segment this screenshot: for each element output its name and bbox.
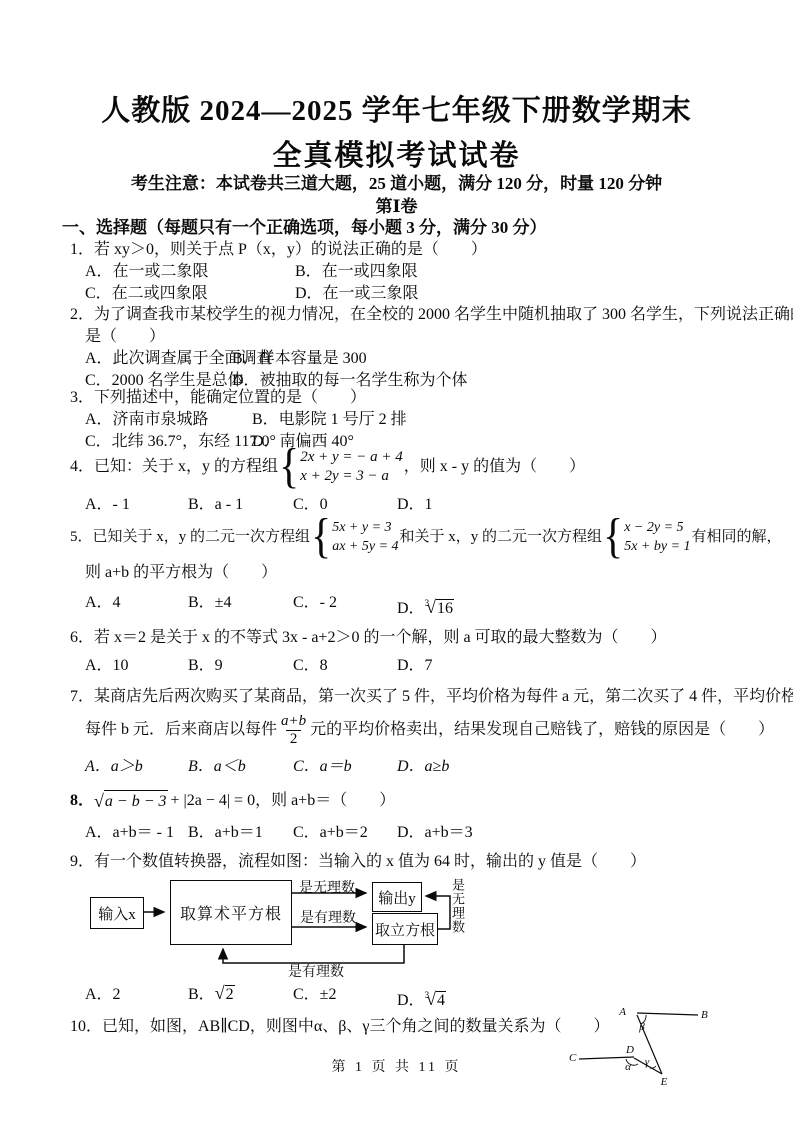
question-1-option-a: A．在一或二象限 bbox=[85, 261, 209, 283]
question-1-option-d: D．在一或三象限 bbox=[295, 283, 419, 305]
exam-paper-page: 人教版 2024—2025 学年七年级下册数学期末 全真模拟考试试卷 考生注意：… bbox=[0, 0, 793, 1122]
question-5-option-b: B．±4 bbox=[188, 592, 231, 614]
system-brace: { bbox=[311, 513, 331, 561]
question-2-option-b: B．样本容量是 300 bbox=[232, 348, 367, 370]
question-8-stem: 8． √a − b − 3 + |2a − 4| = 0，则 a+b＝（ ） bbox=[70, 788, 740, 814]
radicand: 4 bbox=[436, 991, 446, 1009]
question-1-stem: 1．若 xy＞0，则关于点 P（x，y）的说法正确的是（ ） bbox=[70, 239, 740, 261]
question-5-option-c: C．- 2 bbox=[293, 592, 337, 614]
question-4: 4．已知：关于 x，y 的方程组 { 2x + y = − a + 4 x + … bbox=[70, 446, 740, 516]
question-5-stem-mid: 和关于 x，y 的二元一次方程组 bbox=[400, 526, 603, 548]
question-5-option-d: D．3√16 bbox=[397, 592, 454, 620]
question-2: 2．为了调查我市某校学生的视力情况，在全校的 2000 名学生中随机抽取了 30… bbox=[70, 304, 740, 392]
radicand: a − b − 3 bbox=[104, 790, 168, 813]
question-4-stem-pre: 4．已知：关于 x，y 的方程组 bbox=[70, 456, 278, 478]
question-7-line2-post: 元的平均价格卖出，结果发现自己赔钱了，赔钱的原因是（ ） bbox=[310, 719, 774, 741]
flow-cube-root-box: 取立方根 bbox=[372, 913, 438, 945]
question-8-stem-post: + |2a − 4| = 0，则 a+b＝（ ） bbox=[171, 790, 396, 812]
question-8-option-c: C．a+b＝2 bbox=[293, 822, 368, 844]
question-9: 9．有一个数值转换器，流程如图：当输入的 x 值为 64 时，输出的 y 值是（… bbox=[70, 851, 740, 873]
question-7-stem-line1: 7．某商店先后两次购买了某商品，第一次买了 5 件，平均价格为每件 a 元，第二… bbox=[70, 686, 740, 708]
flow-label-rational-mid: 是有理数 bbox=[300, 907, 356, 927]
fraction-numerator: a+b bbox=[281, 713, 306, 730]
radical-sign: √ bbox=[426, 597, 436, 617]
system-brace: { bbox=[279, 443, 299, 491]
figure-label-A: A bbox=[618, 1006, 626, 1018]
question-3: 3．下列描述中，能确定位置的是（ ） A．济南市泉城路 B．电影院 1 号厅 2… bbox=[70, 387, 740, 453]
question-4-eq1: 2x + y = − a + 4 bbox=[300, 448, 403, 467]
question-1-option-c: C．在二或四象限 bbox=[85, 283, 208, 305]
question-1: 1．若 xy＞0，则关于点 P（x，y）的说法正确的是（ ） A．在一或二象限 … bbox=[70, 239, 740, 305]
figure-label-D: D bbox=[625, 1044, 634, 1056]
question-1-option-b: B．在一或四象限 bbox=[295, 261, 418, 283]
question-5-sys2-eq1: x − 2y = 5 bbox=[624, 518, 690, 537]
question-4-stem: 4．已知：关于 x，y 的方程组 { 2x + y = − a + 4 x + … bbox=[70, 446, 740, 488]
question-4-option-d: D．1 bbox=[397, 494, 433, 516]
candidate-notice: 考生注意：本试卷共三道大题，25 道小题，满分 120 分，时量 120 分钟 bbox=[0, 169, 793, 194]
page-footer: 第 1 页 共 11 页 bbox=[0, 1056, 793, 1076]
fraction-denominator: 2 bbox=[286, 730, 302, 748]
question-6-option-a: A．10 bbox=[85, 655, 129, 677]
question-6-option-d: D．7 bbox=[397, 655, 433, 677]
exam-title-line1: 人教版 2024—2025 学年七年级下册数学期末 bbox=[0, 88, 793, 129]
question-5-sys1-eq1: 5x + y = 3 bbox=[332, 518, 398, 537]
question-7-fraction: a+b 2 bbox=[281, 713, 306, 748]
question-4-stem-post: ，则 x - y 的值为（ ） bbox=[404, 456, 585, 478]
question-3-option-b: B．电影院 1 号厅 2 排 bbox=[252, 409, 407, 431]
question-3-stem: 3．下列描述中，能确定位置的是（ ） bbox=[70, 387, 740, 409]
question-7: 7．某商店先后两次购买了某商品，第一次买了 5 件，平均价格为每件 a 元，第二… bbox=[70, 686, 740, 778]
question-4-option-b: B．a - 1 bbox=[188, 494, 243, 516]
question-3-option-a: A．济南市泉城路 bbox=[85, 409, 209, 431]
question-7-option-d: D．a≥b bbox=[397, 756, 449, 778]
question-8-option-b: B．a+b＝1 bbox=[188, 822, 263, 844]
question-8-number: 8． bbox=[70, 790, 94, 812]
flow-label-rational-bottom: 是有理数 bbox=[288, 961, 344, 981]
question-8: 8． √a − b − 3 + |2a − 4| = 0，则 a+b＝（ ） A… bbox=[70, 788, 740, 844]
question-6-stem: 6．若 x＝2 是关于 x 的不等式 3x - a+2＞0 的一个解，则 a 可… bbox=[70, 627, 740, 649]
question-4-option-a: A．- 1 bbox=[85, 494, 130, 516]
question-9-option-a: A．2 bbox=[85, 984, 121, 1006]
question-10-figure: A B C D E β α γ bbox=[558, 998, 748, 1090]
flow-output-box: 输出y bbox=[372, 882, 422, 912]
section-1-heading: 一、选择题（每题只有一个正确选项，每小题 3 分，满分 30 分） bbox=[62, 213, 547, 238]
question-5-system-1: { 5x + y = 3 ax + 5y = 4 bbox=[311, 516, 399, 558]
question-5-stem-line1: 5．已知关于 x，y 的二元一次方程组 { 5x + y = 3 ax + 5y… bbox=[70, 516, 740, 558]
question-10: 10．已知，如图，AB∥CD，则图中α、β、γ三个角之间的数量关系为（ ） bbox=[70, 1016, 570, 1038]
question-5: 5．已知关于 x，y 的二元一次方程组 { 5x + y = 3 ax + 5y… bbox=[70, 516, 740, 614]
question-5-stem-pre: 5．已知关于 x，y 的二元一次方程组 bbox=[70, 526, 310, 548]
question-7-option-a: A．a＞b bbox=[85, 756, 143, 778]
figure-label-E: E bbox=[660, 1076, 668, 1088]
question-5-stem-post: 有相同的解， bbox=[692, 526, 782, 548]
radical-sign: √ bbox=[94, 792, 104, 810]
question-5-option-a: A．4 bbox=[85, 592, 121, 614]
question-7-line2-pre: 每件 b 元．后来商店以每件 bbox=[85, 719, 277, 741]
figure-label-beta: β bbox=[638, 1021, 645, 1033]
flow-label-irrational-right: 是无理数 bbox=[448, 878, 467, 934]
question-4-eq2: x + 2y = 3 − a bbox=[300, 467, 403, 486]
question-9-option-b: B．√2 bbox=[188, 984, 235, 1006]
question-5-sys1-eq2: ax + 5y = 4 bbox=[332, 537, 398, 556]
radical-sign: √ bbox=[426, 989, 436, 1009]
radicand: 2 bbox=[225, 985, 235, 1003]
figure-label-B: B bbox=[701, 1009, 708, 1021]
question-8-option-d: D．a+b＝3 bbox=[397, 822, 473, 844]
question-2-stem-line1: 2．为了调查我市某校学生的视力情况，在全校的 2000 名学生中随机抽取了 30… bbox=[70, 304, 740, 326]
question-6-option-c: C．8 bbox=[293, 655, 328, 677]
question-4-equation-system: { 2x + y = − a + 4 x + 2y = 3 − a bbox=[279, 446, 403, 488]
question-8-option-a: A．a+b＝ - 1 bbox=[85, 822, 174, 844]
question-9-stem: 9．有一个数值转换器，流程如图：当输入的 x 值为 64 时，输出的 y 值是（… bbox=[70, 851, 740, 873]
question-6-option-b: B．9 bbox=[188, 655, 223, 677]
system-brace: { bbox=[603, 513, 623, 561]
parallel-lines-figure: A B C D E β α γ bbox=[558, 998, 748, 1090]
radical-sign: √ bbox=[215, 983, 225, 1003]
radicand: 16 bbox=[436, 599, 454, 617]
question-7-option-c: C．a＝b bbox=[293, 756, 352, 778]
exam-title-line2: 全真模拟考试试卷 bbox=[0, 133, 793, 174]
question-5-stem-line2: 则 a+b 的平方根为（ ） bbox=[70, 562, 740, 584]
flow-arithmetic-sqrt-box: 取算术平方根 bbox=[170, 880, 292, 945]
question-5-system-2: { x − 2y = 5 5x + by = 1 bbox=[603, 516, 691, 558]
question-9-option-c: C．±2 bbox=[293, 984, 336, 1006]
question-7-option-b: B．a＜b bbox=[188, 756, 246, 778]
question-7-stem-line2: 每件 b 元．后来商店以每件 a+b 2 元的平均价格卖出，结果发现自己赔钱了，… bbox=[70, 708, 740, 752]
question-9-option-d: D．3√4 bbox=[397, 984, 446, 1012]
question-2-stem-line2: 是（ ） bbox=[70, 326, 740, 348]
question-6: 6．若 x＝2 是关于 x 的不等式 3x - a+2＞0 的一个解，则 a 可… bbox=[70, 627, 740, 677]
flow-label-irrational-top: 是无理数 bbox=[299, 877, 355, 897]
question-10-stem: 10．已知，如图，AB∥CD，则图中α、β、γ三个角之间的数量关系为（ ） bbox=[70, 1016, 570, 1038]
flow-input-box: 输入x bbox=[90, 897, 144, 929]
question-5-sys2-eq2: 5x + by = 1 bbox=[624, 537, 690, 556]
